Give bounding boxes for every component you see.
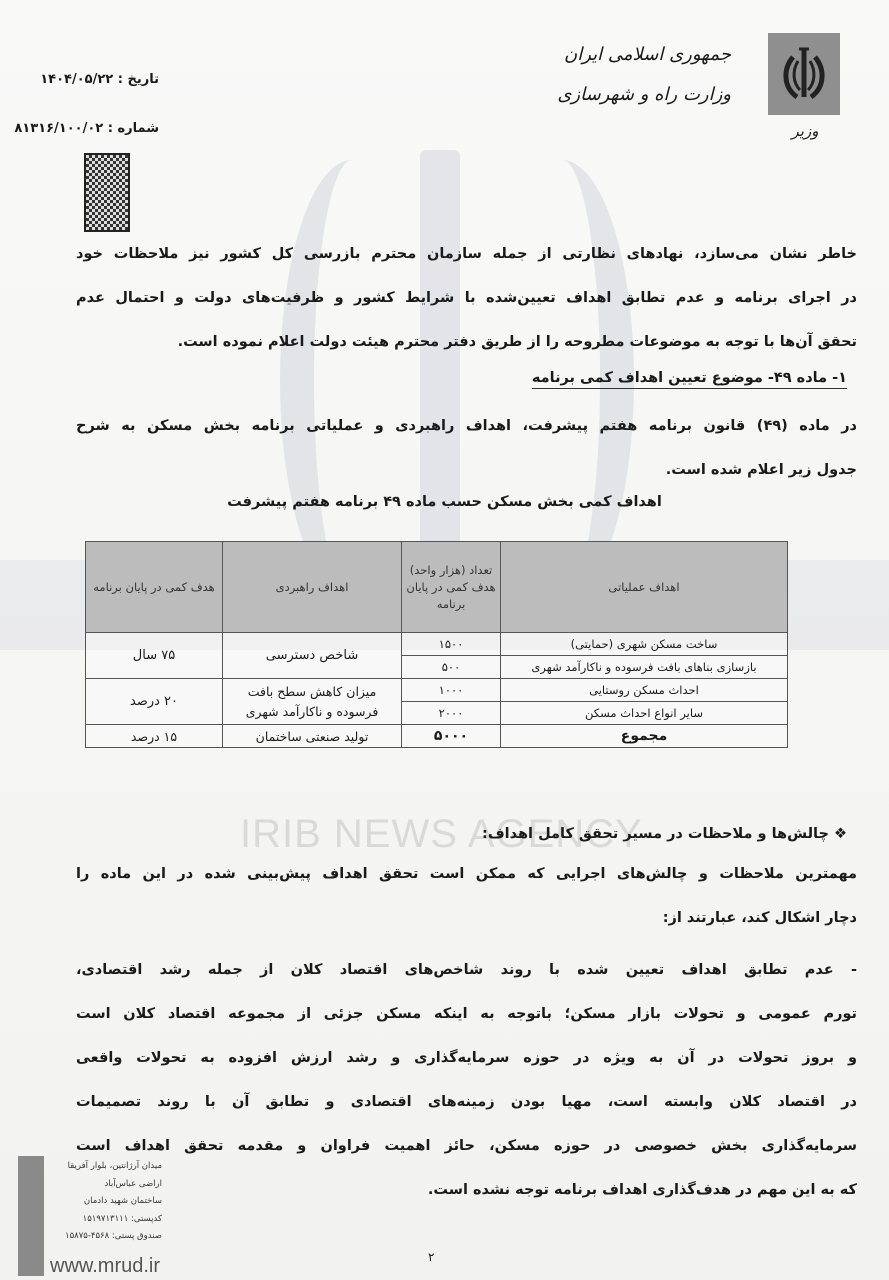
- page-number: ۲: [428, 1250, 434, 1264]
- col-operational: اهداف عملیاتی: [501, 542, 788, 633]
- table-row-total: مجموع ۵۰۰۰ تولید صنعتی ساختمان ۱۵ درصد: [86, 725, 788, 748]
- challenges-bullet: - عدم تطابق اهداف تعیین شده با روند شاخص…: [76, 948, 857, 1212]
- iran-emblem-icon: [768, 33, 840, 115]
- table-row: ساخت مسکن شهری (حمایتی) ۱۵۰۰ شاخص دسترسی…: [86, 633, 788, 656]
- intro-paragraph: خاطر نشان می‌سازد، نهادهای نظارتی از جمل…: [76, 232, 857, 364]
- watermark-emblem-arc-left: [280, 160, 424, 600]
- letter-page: IRIB NEWS AGENCY جمهوری اسلامی ایران وزا…: [0, 0, 889, 1280]
- office-title: وزیر: [780, 122, 830, 140]
- number-label: شماره :: [108, 121, 159, 136]
- qr-code-icon[interactable]: [84, 153, 130, 232]
- housing-targets-table: اهداف عملیاتی تعداد (هزار واحد) هدف کمی …: [85, 541, 788, 748]
- footer-bar: [18, 1156, 44, 1276]
- ministry-name: وزارت راه و شهرسازی: [557, 84, 731, 105]
- challenges-heading: ❖ چالش‌ها و ملاحظات در مسیر تحقق کامل اه…: [482, 826, 847, 844]
- challenges-intro: مهمترین ملاحظات و چالش‌های اجرایی که ممک…: [76, 852, 857, 940]
- website-link[interactable]: www.mrud.ir: [50, 1255, 160, 1278]
- col-count: تعداد (هزار واحد) هدف کمی در پایان برنام…: [402, 542, 501, 633]
- section-heading: ۱- ماده ۴۹- موضوع تعیین اهداف کمی برنامه: [532, 370, 847, 389]
- table-row: احداث مسکن روستایی ۱۰۰۰ میزان کاهش سطح ب…: [86, 679, 788, 702]
- watermark-emblem-stem: [420, 150, 460, 580]
- letter-date: تاریخ : ۱۴۰۴/۰۵/۲۲: [40, 72, 159, 87]
- date-label: تاریخ :: [118, 72, 159, 87]
- number-value: ۸۱۳۱۶/۱۰۰/۰۲: [14, 121, 103, 136]
- footer-address: میدان آرژانتین، بلوار آفریقا اراضی عباس‌…: [52, 1158, 162, 1246]
- section1-paragraph: در ماده (۴۹) قانون برنامه هفتم پیشرفت، ا…: [76, 404, 857, 492]
- country-name: جمهوری اسلامی ایران: [564, 44, 731, 65]
- col-target: هدف کمی در پایان برنامه: [86, 542, 223, 633]
- date-value: ۱۴۰۴/۰۵/۲۲: [40, 72, 113, 87]
- col-strategic: اهداف راهبردی: [223, 542, 402, 633]
- letter-number: شماره : ۸۱۳۱۶/۱۰۰/۰۲: [14, 121, 159, 136]
- table-caption: اهداف کمی بخش مسکن حسب ماده ۴۹ برنامه هف…: [0, 494, 889, 510]
